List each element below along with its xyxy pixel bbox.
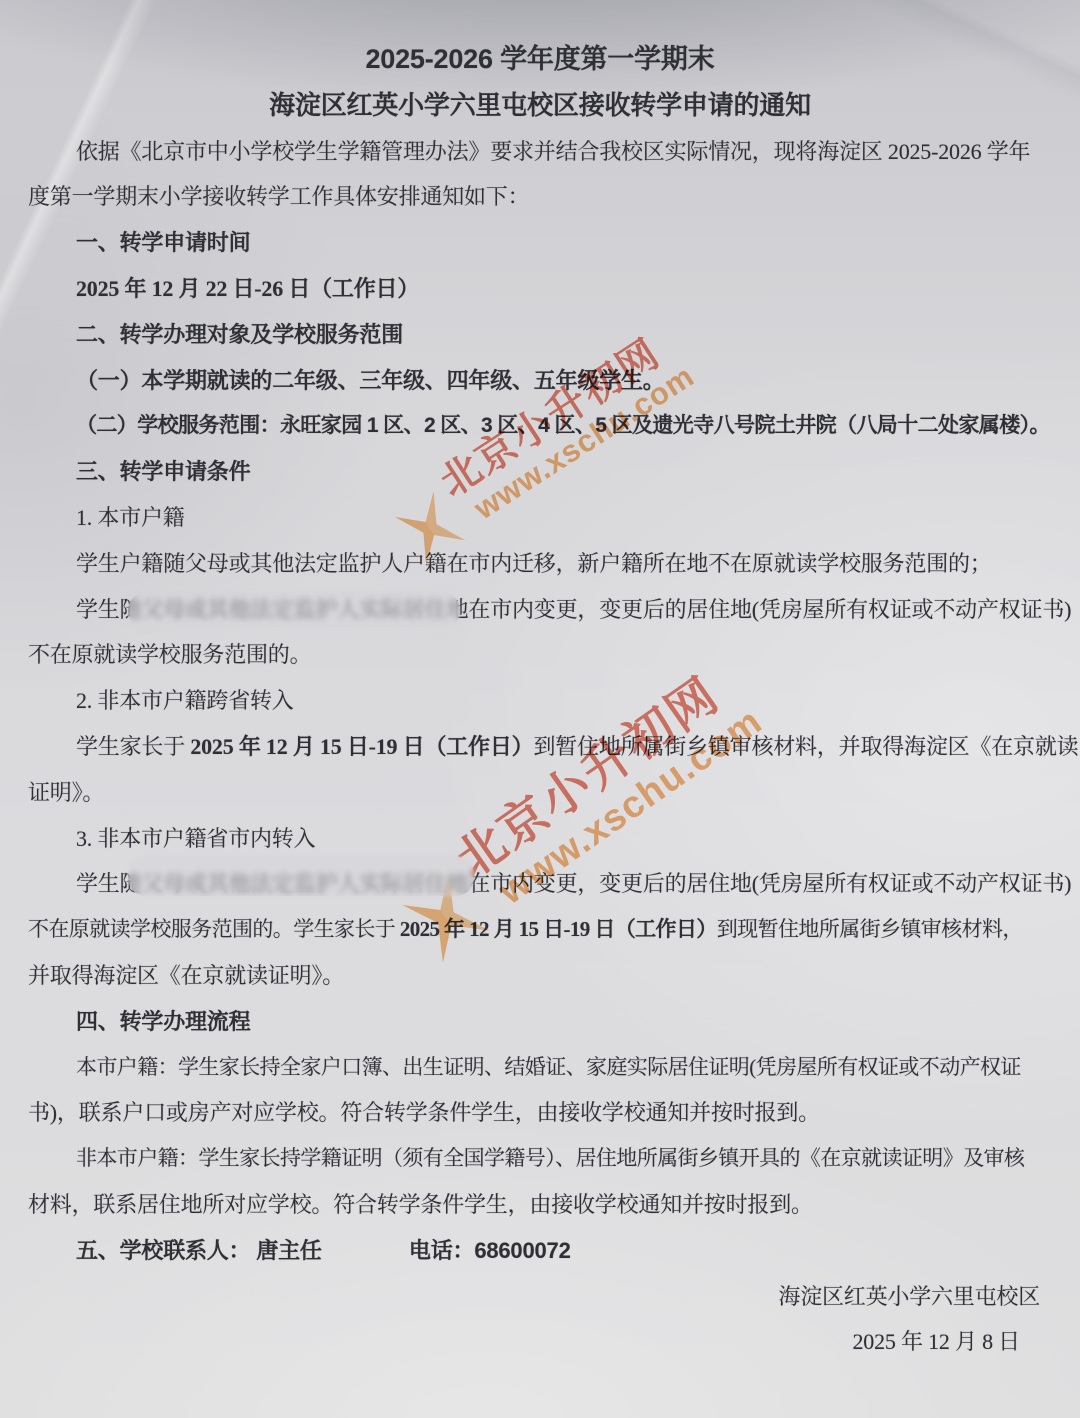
process-line: 书)，联系户口或房产对应学校。符合转学条件学生，由接收学校通知并按时报到。 (0, 1090, 1080, 1136)
doc-text-segment: 到暂住地所属街乡镇审核材料，并取得海淀区《在京就读 (533, 734, 1078, 759)
condition-3-title: 3. 非本市户籍省市内转入 (0, 816, 1080, 862)
doc-text-segment: 证明》。 (28, 780, 104, 805)
scan-smudge (128, 592, 460, 630)
intro-line: 依据《北京市中小学校学生学籍管理办法》要求并结合我校区实际情况，现将海淀区 20… (0, 129, 1080, 175)
doc-text-segment: 2025-2026 学年度第一学期末 (365, 44, 714, 74)
doc-text-segment: 依据《北京市中小学校学生学籍管理办法》要求并结合我校区实际情况，现将海淀区 20… (76, 139, 1030, 164)
doc-text-segment: 2025 年 12 月 15 日-19 日（工作日） (190, 734, 533, 759)
process-line: 材料，联系居住地所对应学校。符合转学条件学生，由接收学校通知并按时报到。 (0, 1182, 1080, 1228)
section-1-heading: 一、转学申请时间 (0, 220, 1080, 266)
doc-text-segment: 2025 年 12 月 8 日 (852, 1329, 1020, 1354)
scanned-notice-page: 2025-2026 学年度第一学期末海淀区红英小学六里屯校区接收转学申请的通知依… (0, 0, 1080, 1418)
doc-text-segment: 3. 非本市户籍省市内转入 (76, 826, 315, 851)
doc-text-segment: 三、转学申请条件 (76, 459, 250, 484)
section-2-item1: （一）本学期就读的二年级、三年级、四年级、五年级学生。 (0, 358, 1080, 404)
doc-text-segment: 非本市户籍：学生家长持学籍证明（须有全国学籍号）、居住地所属街乡镇开具的《在京就… (76, 1146, 1024, 1170)
doc-text-segment: 二、转学办理对象及学校服务范围 (76, 322, 403, 347)
section-2-heading: 二、转学办理对象及学校服务范围 (0, 312, 1080, 358)
section-4-heading: 四、转学办理流程 (0, 999, 1080, 1045)
doc-text-segment: 海淀区红英小学六里屯校区 (778, 1284, 1040, 1309)
doc-text-segment: 不在原就读学校服务范围的。学生家长于 (28, 917, 400, 941)
condition-1-title: 1. 本市户籍 (0, 495, 1080, 541)
doc-text-segment: 不在原就读学校服务范围的。 (28, 642, 311, 667)
doc-text-segment: 2025 年 12 月 15 日-19 日（工作日） (400, 917, 717, 941)
section-5-contact-line: 五、学校联系人： 唐主任 电话：68600072 (0, 1228, 1080, 1274)
condition-2-line: 证明》。 (0, 770, 1080, 816)
doc-text-segment: 学生家长于 (76, 734, 190, 759)
condition-3-line: 不在原就读学校服务范围的。学生家长于 2025 年 12 月 15 日-19 日… (0, 907, 1080, 953)
doc-text-segment: 并取得海淀区《在京就读证明》。 (28, 963, 344, 988)
scan-smudge (128, 856, 474, 896)
doc-text-segment: （一）本学期就读的二年级、三年级、四年级、五年级学生。 (76, 368, 665, 393)
doc-text-segment: 学生户籍随父母或其他法定监护人户籍在市内迁移，新户籍所在地不在原就读学校服务范围… (76, 551, 992, 576)
process-line: 本市户籍：学生家长持全家户口簿、出生证明、结婚证、家庭实际居住证明(凭房屋所有权… (0, 1045, 1080, 1091)
condition-2-title: 2. 非本市户籍跨省转入 (0, 678, 1080, 724)
doc-text-segment: 2. 非本市户籍跨省转入 (76, 688, 294, 713)
doc-title-line1: 2025-2026 学年度第一学期末 (0, 37, 1080, 83)
doc-title-line2: 海淀区红英小学六里屯校区接收转学申请的通知 (0, 83, 1080, 129)
section-2-item2: （二）学校服务范围：永旺家园 1 区、2 区、3 区、4 区、5 区及遗光寺八号… (0, 403, 1080, 449)
doc-text-segment: 材料，联系居住地所对应学校。符合转学条件学生，由接收学校通知并按时报到。 (28, 1192, 813, 1217)
doc-text-segment: 海淀区红英小学六里屯校区接收转学申请的通知 (269, 90, 811, 120)
doc-text-segment: 度第一学期末小学接收转学工作具体安排通知如下： (28, 184, 529, 209)
process-line: 非本市户籍：学生家长持学籍证明（须有全国学籍号）、居住地所属街乡镇开具的《在京就… (0, 1136, 1080, 1182)
intro-line: 度第一学期末小学接收转学工作具体安排通知如下： (0, 174, 1080, 220)
section-3-heading: 三、转学申请条件 (0, 449, 1080, 495)
doc-text-segment: 本市户籍：学生家长持全家户口簿、出生证明、结婚证、家庭实际居住证明(凭房屋所有权… (76, 1055, 1021, 1079)
signature-date-line: 2025 年 12 月 8 日 (0, 1319, 1080, 1365)
doc-text-segment (322, 1238, 409, 1263)
doc-text-segment: 电话：68600072 (409, 1238, 571, 1263)
condition-3-line: 并取得海淀区《在京就读证明》。 (0, 953, 1080, 999)
doc-text-segment: 到现暂住地所属街乡镇审核材料， (717, 917, 1023, 941)
doc-text-segment: 书)，联系户口或房产对应学校。符合转学条件学生，由接收学校通知并按时报到。 (28, 1100, 820, 1125)
doc-text-segment: 五、学校联系人： 唐主任 (76, 1238, 322, 1263)
doc-text-segment: 1. 本市户籍 (76, 505, 185, 530)
condition-1-line: 学生户籍随父母或其他法定监护人户籍在市内迁移，新户籍所在地不在原就读学校服务范围… (0, 541, 1080, 587)
signature-line: 海淀区红英小学六里屯校区 (0, 1274, 1080, 1320)
document-body: 2025-2026 学年度第一学期末海淀区红英小学六里屯校区接收转学申请的通知依… (0, 0, 1080, 1365)
apply-date-line: 2025 年 12 月 22 日-26 日（工作日） (0, 266, 1080, 312)
condition-2-line: 学生家长于 2025 年 12 月 15 日-19 日（工作日）到暂住地所属街乡… (0, 724, 1080, 770)
doc-text-segment: （二）学校服务范围：永旺家园 1 区、2 区、3 区、4 区、5 区及遗光寺八号… (76, 414, 1050, 437)
doc-text-segment: 四、转学办理流程 (76, 1009, 250, 1034)
condition-1-line: 不在原就读学校服务范围的。 (0, 632, 1080, 678)
doc-text-segment: 2025 年 12 月 22 日-26 日（工作日） (76, 276, 419, 301)
doc-text-segment: 一、转学申请时间 (76, 230, 250, 255)
